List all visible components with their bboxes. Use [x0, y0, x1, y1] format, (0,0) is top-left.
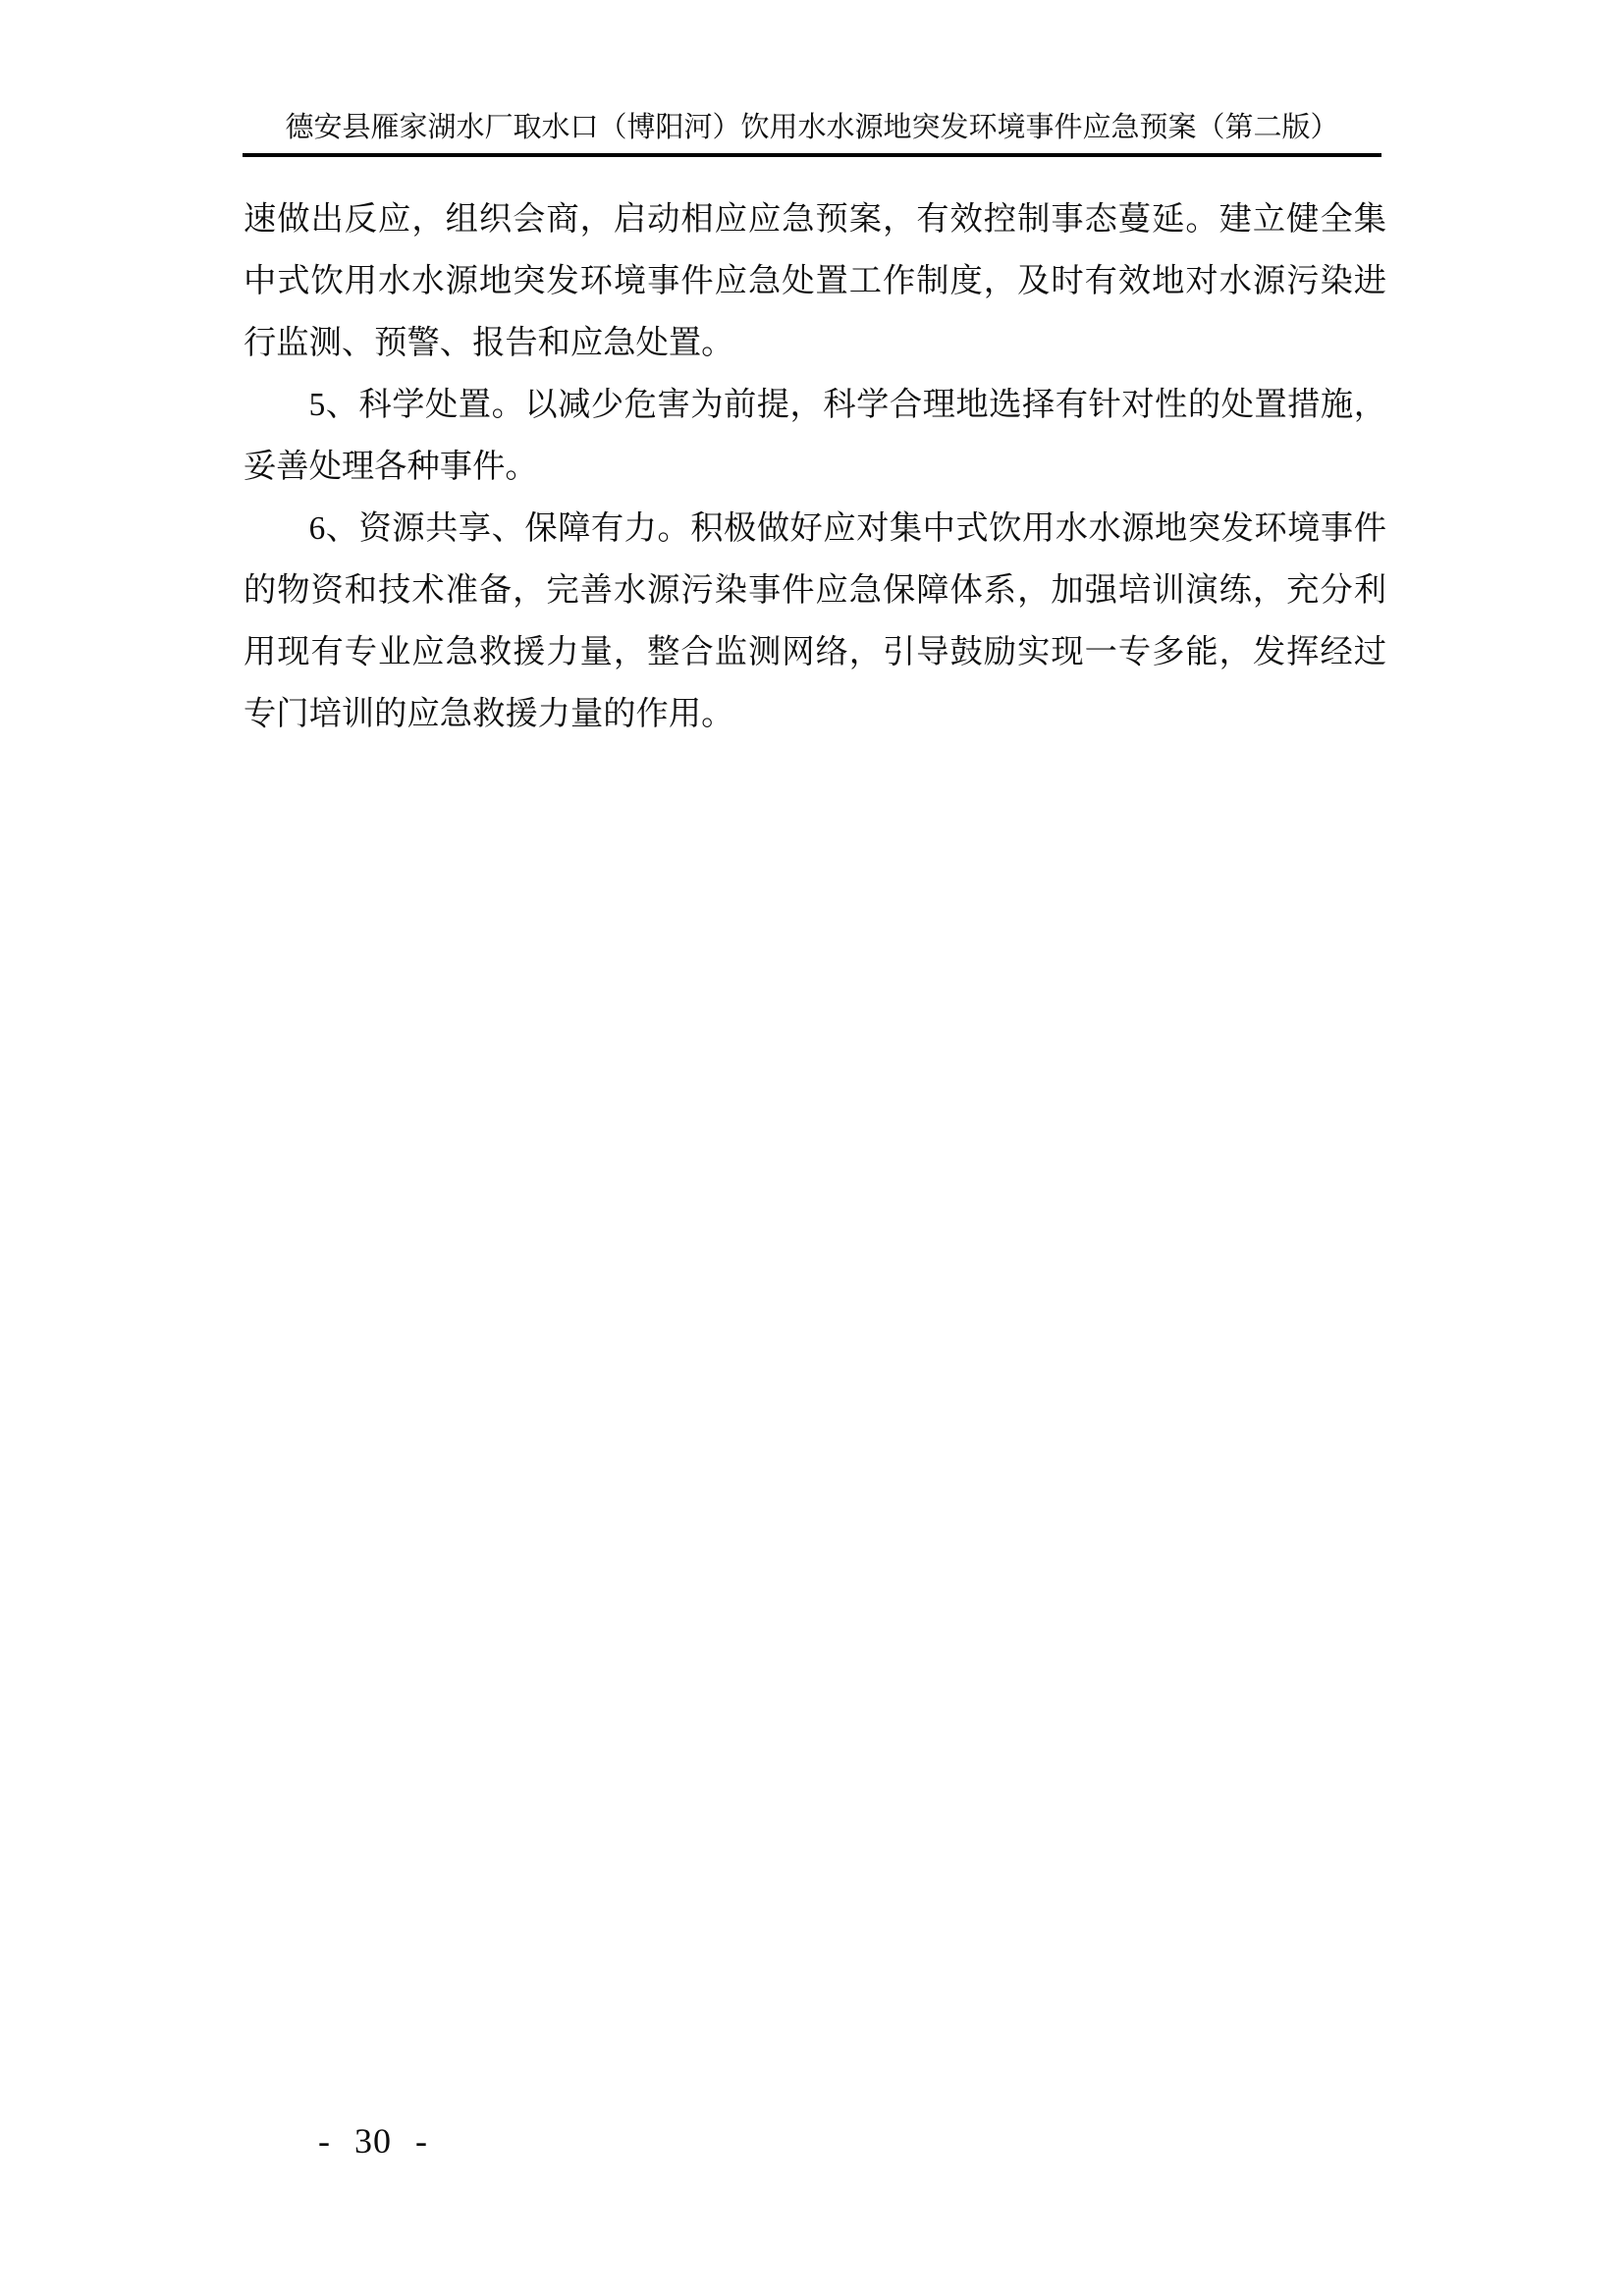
document-page: 德安县雁家湖水厂取水口（博阳河）饮用水水源地突发环境事件应急预案（第二版） 速做…: [0, 0, 1624, 2296]
paragraph-item-6: 6、资源共享、保障有力。积极做好应对集中式饮用水水源地突发环境事件的物资和技术准…: [244, 498, 1386, 745]
page-footer: - 30 -: [318, 2121, 428, 2161]
page-number: - 30 -: [318, 2121, 428, 2161]
paragraph-item-5: 5、科学处置。以减少危害为前提，科学合理地选择有针对性的处置措施，妥善处理各种事…: [244, 374, 1386, 498]
page-header: 德安县雁家湖水厂取水口（博阳河）饮用水水源地突发环境事件应急预案（第二版）: [243, 111, 1381, 157]
page-header-title: 德安县雁家湖水厂取水口（博阳河）饮用水水源地突发环境事件应急预案（第二版）: [243, 111, 1381, 144]
paragraph-continuation: 速做出反应，组织会商，启动相应应急预案，有效控制事态蔓延。建立健全集中式饮用水水…: [244, 188, 1386, 374]
document-body: 速做出反应，组织会商，启动相应应急预案，有效控制事态蔓延。建立健全集中式饮用水水…: [244, 188, 1386, 745]
